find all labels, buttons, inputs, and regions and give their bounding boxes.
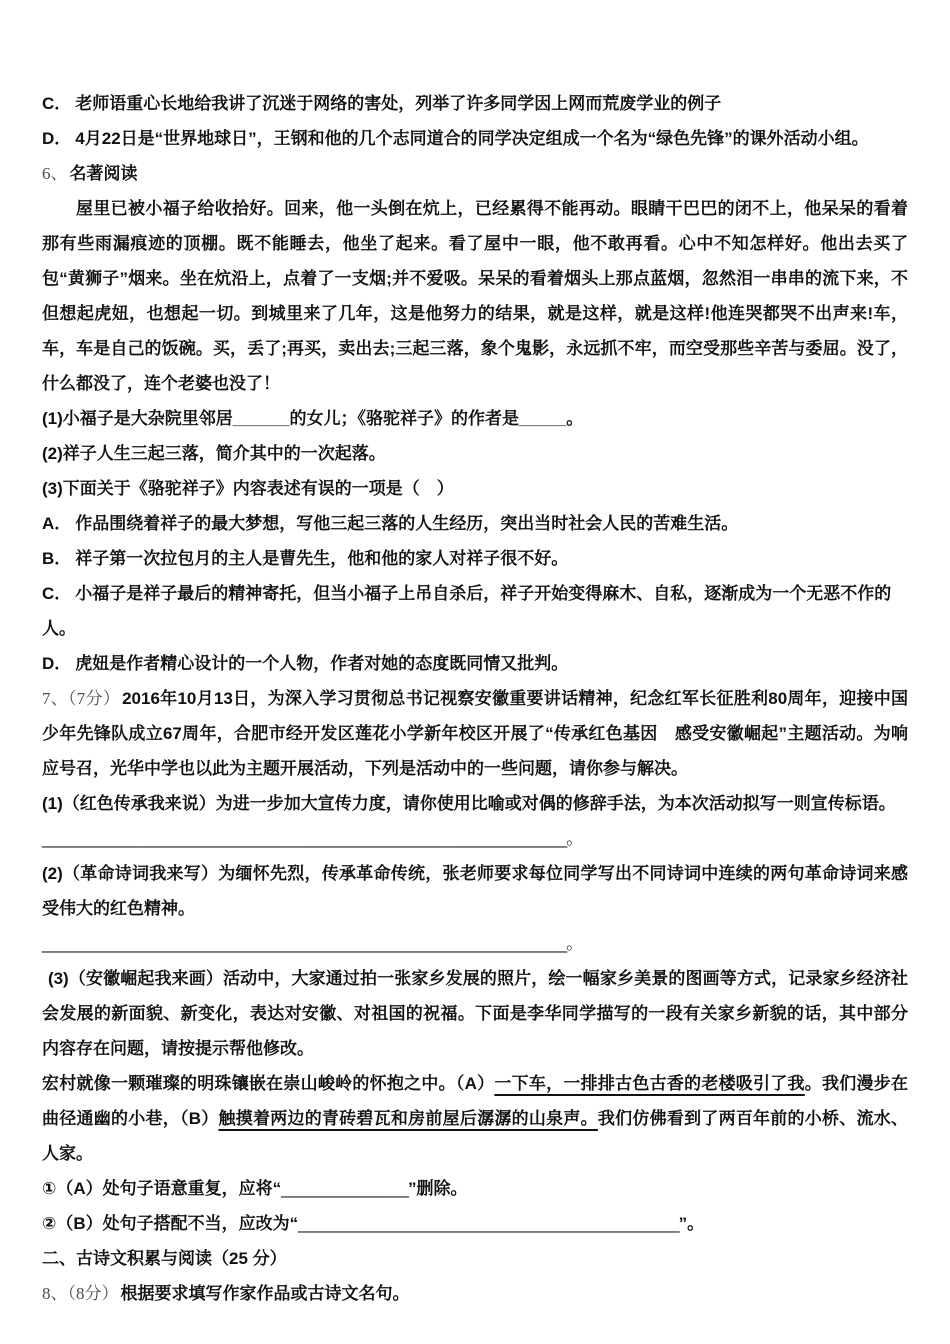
- novel-excerpt-passage: 屋里已被小福子给收拾好。回来，他一头倒在炕上，已经累得不能再动。眼睛干巴巴的闭不…: [42, 191, 908, 401]
- hometown-description-passage: 宏村就像一颗璀璨的明珠镶嵌在崇山峻岭的怀抱之中。（A）一下车，一排排古色古香的老…: [42, 1066, 908, 1171]
- q7-subquestion-3: (3)（安徽崛起我来画）活动中，大家通过拍一张家乡发展的照片，绘一幅家乡美景的图…: [42, 961, 908, 1066]
- hometown-underlined-b: 触摸着两边的青砖碧瓦和房前屋后潺潺的山泉声。: [218, 1109, 597, 1128]
- question-8-text: 根据要求填写作家作品或古诗文名句。: [121, 1284, 410, 1303]
- q6-option-d-text: 虎妞是作者精心设计的一个人物，作者对她的态度既同情又批判。: [75, 654, 568, 673]
- q7-fix-1-pre: ①（A）处句子语意重复，应将“: [42, 1179, 281, 1198]
- q6-option-a-text: 作品围绕着祥子的最大梦想，写他三起三落的人生经历，突出当时社会人民的苦难生活。: [75, 514, 738, 533]
- exam-paper-page: C．老师语重心长地给我讲了沉迷于网络的害处，列举了许多同学因上网而荒废学业的例子…: [0, 0, 950, 1344]
- q6-option-b-text: 祥子第一次拉包月的主人是曹先生，他和他的家人对祥子很不好。: [75, 549, 568, 568]
- q6-option-d-label: D．: [42, 654, 71, 673]
- hometown-underlined-a: 一下车，一排排古色古香的老楼吸引了我: [494, 1074, 804, 1093]
- q6-option-b-label: B．: [42, 549, 71, 568]
- q7-subquestion-1: (1)（红色传承我来说）为进一步加大宣传力度，请你使用比喻或对偶的修辞手法，为本…: [42, 786, 908, 821]
- question-8-number: 8、（8分）: [42, 1284, 119, 1303]
- question-7-intro-text: 2016年10月13日，为深入学习贯彻总书记视察安徽重要讲话精神，纪念红军长征胜…: [42, 689, 908, 778]
- q7-fix-2-pre: ②（B）处句子搭配不当，应改为“: [42, 1214, 298, 1233]
- q7-fix-1: ①（A）处句子语意重复，应将“_______________”删除。: [42, 1171, 908, 1206]
- q6-subquestion-1: (1)小福子是大杂院里邻居______的女儿；《骆驼祥子》的作者是_____。: [42, 401, 908, 436]
- q6-option-c-label: C．: [42, 584, 71, 603]
- q7-subquestion-2: (2)（革命诗词我来写）为缅怀先烈，传承革命传统，张老师要求每位同学写出不同诗词…: [42, 856, 908, 926]
- q6-option-b: B．祥子第一次拉包月的主人是曹先生，他和他的家人对祥子很不好。: [42, 541, 908, 576]
- q7-fix-2-blank: ________________________________________…: [298, 1214, 678, 1233]
- question-6-title: 名著阅读: [70, 164, 138, 183]
- q6-option-c: C．小福子是祥子最后的精神寄托，但当小福子上吊自杀后，祥子开始变得麻木、自私，逐…: [42, 576, 908, 646]
- choice-c-label: C．: [42, 94, 71, 113]
- q7-answer-blank-2: ________________________________________…: [42, 926, 908, 961]
- q7-fix-1-blank: _______________: [281, 1179, 408, 1198]
- choice-d-row: D．4月22日是“世界地球日”，王钢和他的几个志同道合的同学决定组成一个名为“绿…: [42, 121, 908, 156]
- choice-d-text: 4月22日是“世界地球日”，王钢和他的几个志同道合的同学决定组成一个名为“绿色先…: [75, 129, 868, 148]
- q7-fix-2-post: ”。: [679, 1214, 705, 1233]
- choice-c-text: 老师语重心长地给我讲了沉迷于网络的害处，列举了许多同学因上网而荒废学业的例子: [75, 94, 721, 113]
- question-7-number: 7、（7分）: [42, 689, 120, 708]
- q7-fix-2: ②（B）处句子搭配不当，应改为“________________________…: [42, 1206, 908, 1241]
- hometown-seg-1: 宏村就像一颗璀璨的明珠镶嵌在崇山峻岭的怀抱之中。（A）: [42, 1074, 494, 1093]
- q7-blank-line-2: ________________________________________…: [42, 934, 582, 953]
- q7-blank-line-1: ________________________________________…: [42, 829, 582, 848]
- q6-subquestion-3: (3)下面关于《骆驼祥子》内容表述有误的一项是（ ）: [42, 471, 908, 506]
- question-7-intro: 7、（7分）2016年10月13日，为深入学习贯彻总书记视察安徽重要讲话精神，纪…: [42, 681, 908, 786]
- question-6-heading: 6、名著阅读: [42, 156, 908, 191]
- q6-option-d: D．虎妞是作者精心设计的一个人物，作者对她的态度既同情又批判。: [42, 646, 908, 681]
- q7-fix-1-post: ”删除。: [408, 1179, 468, 1198]
- choice-c-row: C．老师语重心长地给我讲了沉迷于网络的害处，列举了许多同学因上网而荒废学业的例子: [42, 86, 908, 121]
- question-6-number: 6、: [42, 164, 68, 183]
- q6-option-a: A．作品围绕着祥子的最大梦想，写他三起三落的人生经历，突出当时社会人民的苦难生活…: [42, 506, 908, 541]
- q6-subquestion-2: (2)祥子人生三起三落，简介其中的一次起落。: [42, 436, 908, 471]
- question-8-row: 8、（8分）根据要求填写作家作品或古诗文名句。: [42, 1276, 908, 1311]
- q6-option-c-text: 小福子是祥子最后的精神寄托，但当小福子上吊自杀后，祥子开始变得麻木、自私，逐渐成…: [42, 584, 891, 638]
- q6-option-a-label: A．: [42, 514, 71, 533]
- q7-answer-blank-1: ________________________________________…: [42, 821, 908, 856]
- section-2-heading: 二、古诗文积累与阅读（25 分）: [42, 1241, 908, 1276]
- choice-d-label: D．: [42, 129, 71, 148]
